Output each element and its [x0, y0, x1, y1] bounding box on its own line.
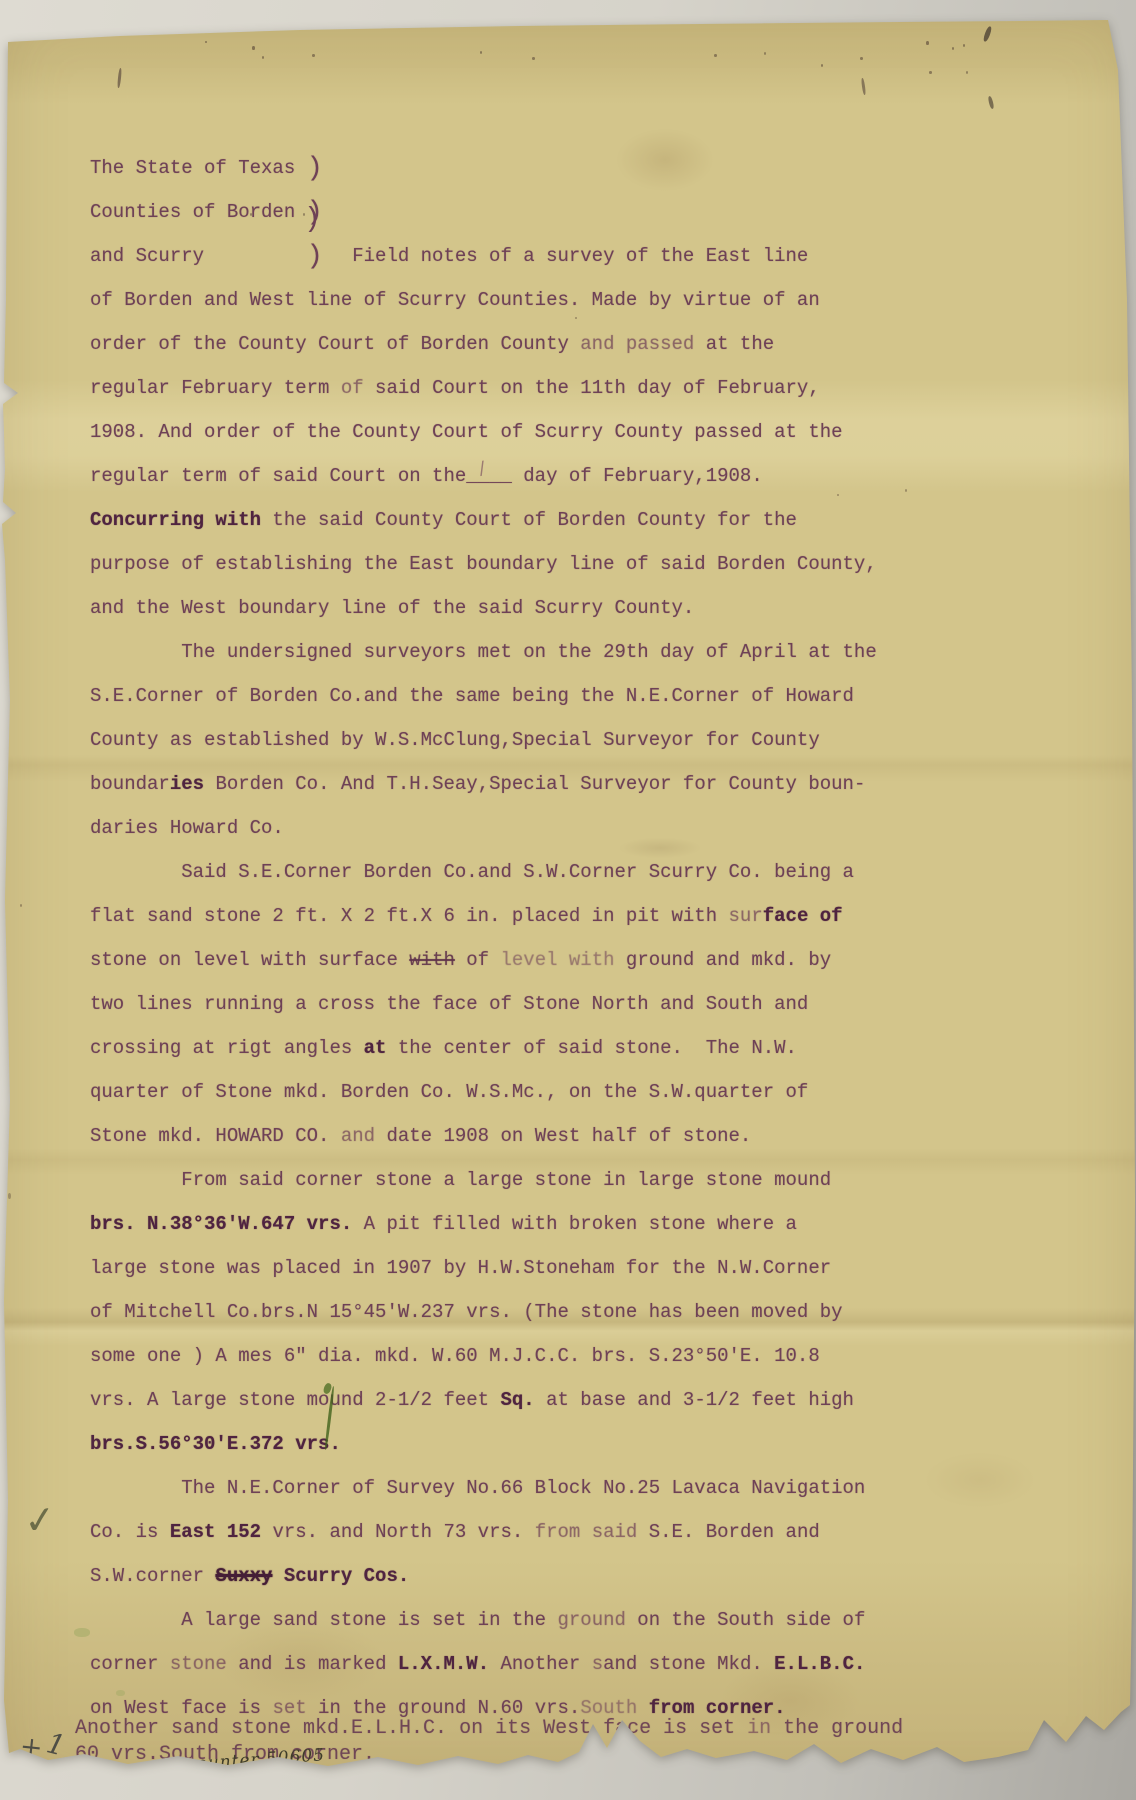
- margin-checkmark: ✓: [22, 1496, 58, 1543]
- document-line: of Borden and West line of Scurry Counti…: [90, 278, 1090, 322]
- document-line: Stone mkd. HOWARD CO. and date 1908 on W…: [90, 1114, 1090, 1158]
- ink-speck: [963, 44, 965, 47]
- ink-speck: [117, 68, 122, 88]
- document-line: regular term of said Court on the____ da…: [90, 454, 1090, 498]
- document-line: crossing at rigt angles at the center of…: [90, 1026, 1090, 1070]
- document-line: S.E.Corner of Borden Co.and the same bei…: [90, 674, 1090, 718]
- document-line: flat sand stone 2 ft. X 2 ft.X 6 in. pla…: [90, 894, 1090, 938]
- ink-speck: [8, 1193, 11, 1199]
- document-line: stone on level with surface with of leve…: [90, 938, 1090, 982]
- document-line: quarter of Stone mkd. Borden Co. W.S.Mc.…: [90, 1070, 1090, 1114]
- document-line: The undersigned surveyors met on the 29t…: [90, 630, 1090, 674]
- ink-speck: [952, 47, 954, 50]
- document-line: Counties of Borden ): [90, 190, 1090, 234]
- ink-speck: [926, 41, 929, 45]
- document-line: some one ) A mes 6" dia. mkd. W.60 M.J.C…: [90, 1334, 1090, 1378]
- ink-speck: [861, 78, 866, 95]
- bottom-left-one-mark: 1: [43, 1726, 68, 1762]
- ink-speck: [532, 57, 535, 60]
- document-text: The State of Texas )Counties of Borden )…: [90, 146, 1090, 1730]
- document-line: Concurring with the said County Court of…: [90, 498, 1090, 542]
- ink-speck: [116, 1690, 125, 1696]
- document-line: boundaries Borden Co. And T.H.Seay,Speci…: [90, 762, 1090, 806]
- ink-speck: [860, 57, 863, 60]
- scan-background: The State of Texas )Counties of Borden )…: [0, 0, 1136, 1800]
- ink-speck: [1035, 1764, 1039, 1767]
- document-line: From said corner stone a large stone in …: [90, 1158, 1090, 1202]
- ink-speck: [74, 1628, 90, 1637]
- document-line: and Scurry ) Field notes of a survey of …: [90, 234, 1090, 278]
- ink-speck: [250, 213, 252, 216]
- document-line: brs. N.38°36'W.647 vrs. A pit filled wit…: [90, 1202, 1090, 1246]
- document-line: vrs. A large stone mound 2-1/2 feet Sq. …: [90, 1378, 1090, 1422]
- ink-speck: [20, 904, 22, 907]
- ink-speck: [966, 71, 968, 74]
- ink-speck: [575, 317, 577, 319]
- paper: The State of Texas )Counties of Borden )…: [0, 0, 1136, 1800]
- ink-speck: [837, 494, 839, 496]
- ink-speck: [262, 56, 264, 59]
- document-line: 1908. And order of the County Court of S…: [90, 410, 1090, 454]
- document-line: County as established by W.S.McClung,Spe…: [90, 718, 1090, 762]
- ink-speck: [929, 71, 932, 74]
- document-line: two lines running a cross the face of St…: [90, 982, 1090, 1026]
- document-line: of Mitchell Co.brs.N 15°45'W.237 vrs. (T…: [90, 1290, 1090, 1334]
- document-line: Said S.E.Corner Borden Co.and S.W.Corner…: [90, 850, 1090, 894]
- document-line: purpose of establishing the East boundar…: [90, 542, 1090, 586]
- ink-speck: [312, 54, 315, 57]
- ink-speck: [714, 54, 717, 57]
- ink-speck: [721, 1770, 724, 1773]
- document-line: brs.S.56°30'E.372 vrs.: [90, 1422, 1090, 1466]
- document-line: The State of Texas ): [90, 146, 1090, 190]
- document-line: order of the County Court of Borden Coun…: [90, 322, 1090, 366]
- ink-speck: [987, 96, 994, 110]
- document-line: A large sand stone is set in the ground …: [90, 1598, 1090, 1642]
- bottom-left-plus-mark: +: [18, 1731, 44, 1764]
- ink-speck: [905, 489, 907, 492]
- document-line: large stone was placed in 1907 by H.W.St…: [90, 1246, 1090, 1290]
- document-line: Co. is East 152 vrs. and North 73 vrs. f…: [90, 1510, 1090, 1554]
- document-line: Another sand stone mkd.E.L.H.C. on its W…: [75, 1716, 1095, 1742]
- document-line: and the West boundary line of the said S…: [90, 586, 1090, 630]
- ink-speck: [205, 41, 207, 43]
- document-line: The N.E.Corner of Survey No.66 Block No.…: [90, 1466, 1090, 1510]
- document-line: daries Howard Co.: [90, 806, 1090, 850]
- brace-middle-glyph: ): [304, 204, 321, 235]
- document-line: S.W.corner Suxxy Scurry Cos.: [90, 1554, 1090, 1598]
- ink-speck: [982, 26, 992, 43]
- ink-speck: [303, 213, 305, 216]
- ink-speck: [480, 51, 482, 54]
- document-line: corner stone and is marked L.X.M.W. Anot…: [90, 1642, 1090, 1686]
- ink-speck: [764, 52, 766, 55]
- ink-speck: [821, 64, 823, 67]
- ink-speck: [252, 46, 255, 50]
- document-line: regular February term of said Court on t…: [90, 366, 1090, 410]
- ink-speck: [1102, 6, 1105, 20]
